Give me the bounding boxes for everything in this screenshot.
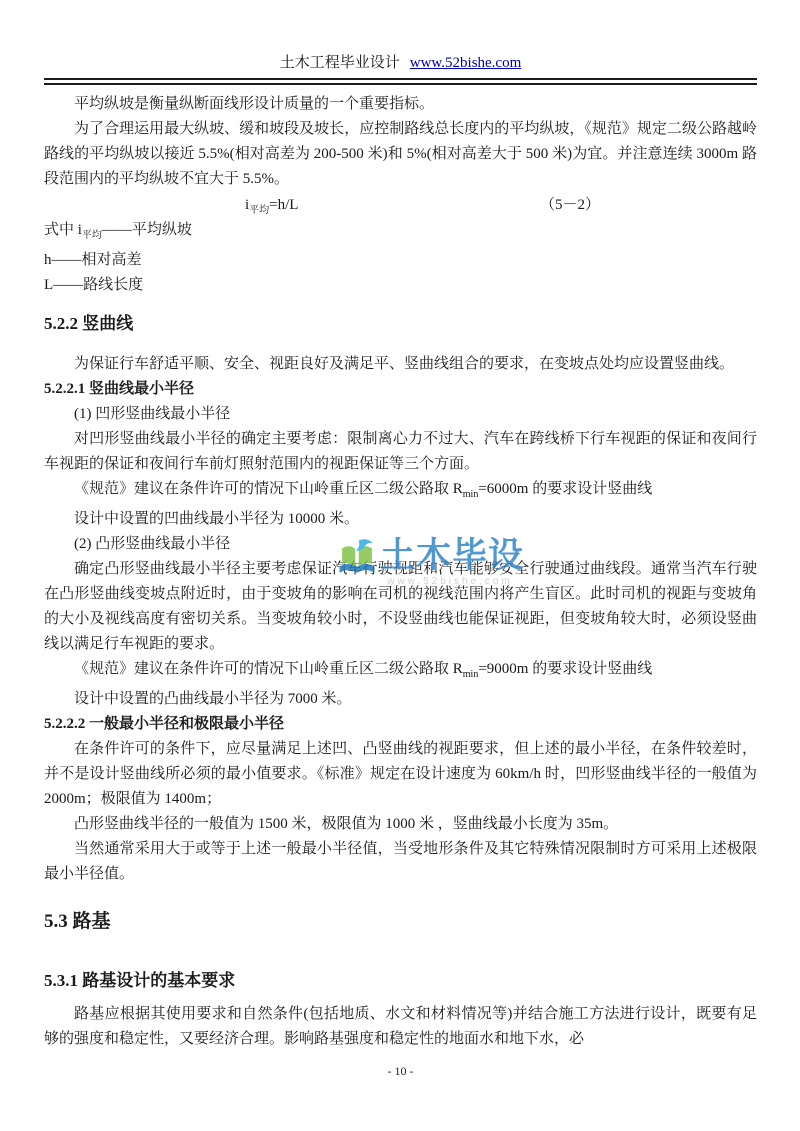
list-item-1: (1) 凹形竖曲线最小半径	[44, 402, 757, 427]
header-link[interactable]: www.52bishe.com	[410, 55, 522, 71]
legend-subscript: 平均	[82, 230, 102, 241]
formula-subscript: 平均	[249, 205, 269, 216]
spec-text: 《规范》建议在条件许可的情况下山岭重丘区二级公路取 R	[74, 481, 463, 497]
list-item-2: (2) 凸形竖曲线最小半径	[44, 532, 757, 557]
header-title: 土木工程毕业设计	[280, 55, 400, 71]
paragraph: 为保证行车舒适平顺、安全、视距良好及满足平、竖曲线组合的要求，在变坡点处均应设置…	[44, 352, 757, 377]
page-number: - 10 -	[44, 1059, 757, 1084]
rmin-subscript: min	[463, 669, 479, 680]
spec-text: 《规范》建议在条件许可的情况下山岭重丘区二级公路取 R	[74, 661, 463, 677]
paragraph: 当然通常采用大于或等于上述一般最小半径值，当受地形条件及其它特殊情况限制时方可采…	[44, 837, 757, 887]
paragraph: 在条件许可的条件下，应尽量满足上述凹、凸竖曲线的视距要求，但上述的最小半径，在条…	[44, 737, 757, 812]
page-header: 土木工程毕业设计www.52bishe.com	[44, 0, 757, 74]
variable-h: h——相对高差	[44, 248, 757, 273]
header-rule	[44, 78, 757, 85]
formula-number: （5－2）	[540, 192, 600, 218]
spec-text: =9000m 的要求设计竖曲线	[478, 661, 652, 677]
formula-body: =h/L	[269, 197, 298, 213]
section-heading-5-3-1: 5.3.1 路基设计的基本要求	[44, 968, 757, 994]
paragraph: 为了合理运用最大纵坡、缓和坡段及坡长，应控制路线总长度内的平均纵坡，《规范》规定…	[44, 117, 757, 192]
legend-rest: ——平均纵坡	[102, 222, 192, 238]
section-heading-5-3: 5.3 路基	[44, 907, 757, 937]
formula-5-2: i平均=h/L （5－2）	[44, 192, 757, 218]
subsection-heading-5-2-2-2: 5.2.2.2 一般最小半径和极限最小半径	[44, 712, 757, 737]
subsection-heading-5-2-2-1: 5.2.2.1 竖曲线最小半径	[44, 377, 757, 402]
document-page: 土木工程毕业设计www.52bishe.com 平均纵坡是衡量纵断面线形设计质量…	[0, 0, 800, 1131]
paragraph: 设计中设置的凹曲线最小半径为 10000 米。	[44, 507, 757, 532]
section-heading-5-2-2: 5.2.2 竖曲线	[44, 311, 757, 337]
paragraph: 对凹形竖曲线最小半径的确定主要考虑：限制离心力不过大、汽车在跨线桥下行车视距的保…	[44, 427, 757, 477]
paragraph: 平均纵坡是衡量纵断面线形设计质量的一个重要指标。	[44, 92, 757, 117]
paragraph: 《规范》建议在条件许可的情况下山岭重丘区二级公路取 Rmin=9000m 的要求…	[44, 657, 757, 687]
spec-text: =6000m 的要求设计竖曲线	[478, 481, 652, 497]
paragraph: 《规范》建议在条件许可的情况下山岭重丘区二级公路取 Rmin=6000m 的要求…	[44, 477, 757, 507]
document-body: 平均纵坡是衡量纵断面线形设计质量的一个重要指标。 为了合理运用最大纵坡、缓和坡段…	[44, 85, 757, 1084]
paragraph: 确定凸形竖曲线最小半径主要考虑保证汽车行驶视距和汽车能够安全行驶通过曲线段。通常…	[44, 557, 757, 657]
legend-lead: 式中 i	[44, 222, 82, 238]
formula-expression: i平均=h/L	[245, 197, 298, 213]
paragraph: 路基应根据其使用要求和自然条件(包括地质、水文和材料情况等)并结合施工方法进行设…	[44, 1002, 757, 1052]
variable-l: L——路线长度	[44, 273, 757, 298]
paragraph: 凸形竖曲线半径的一般值为 1500 米，极限值为 1000 米 ，竖曲线最小长度…	[44, 812, 757, 837]
paragraph: 设计中设置的凸曲线最小半径为 7000 米。	[44, 687, 757, 712]
rmin-subscript: min	[463, 489, 479, 500]
formula-legend: 式中 i平均——平均纵坡	[44, 218, 757, 248]
